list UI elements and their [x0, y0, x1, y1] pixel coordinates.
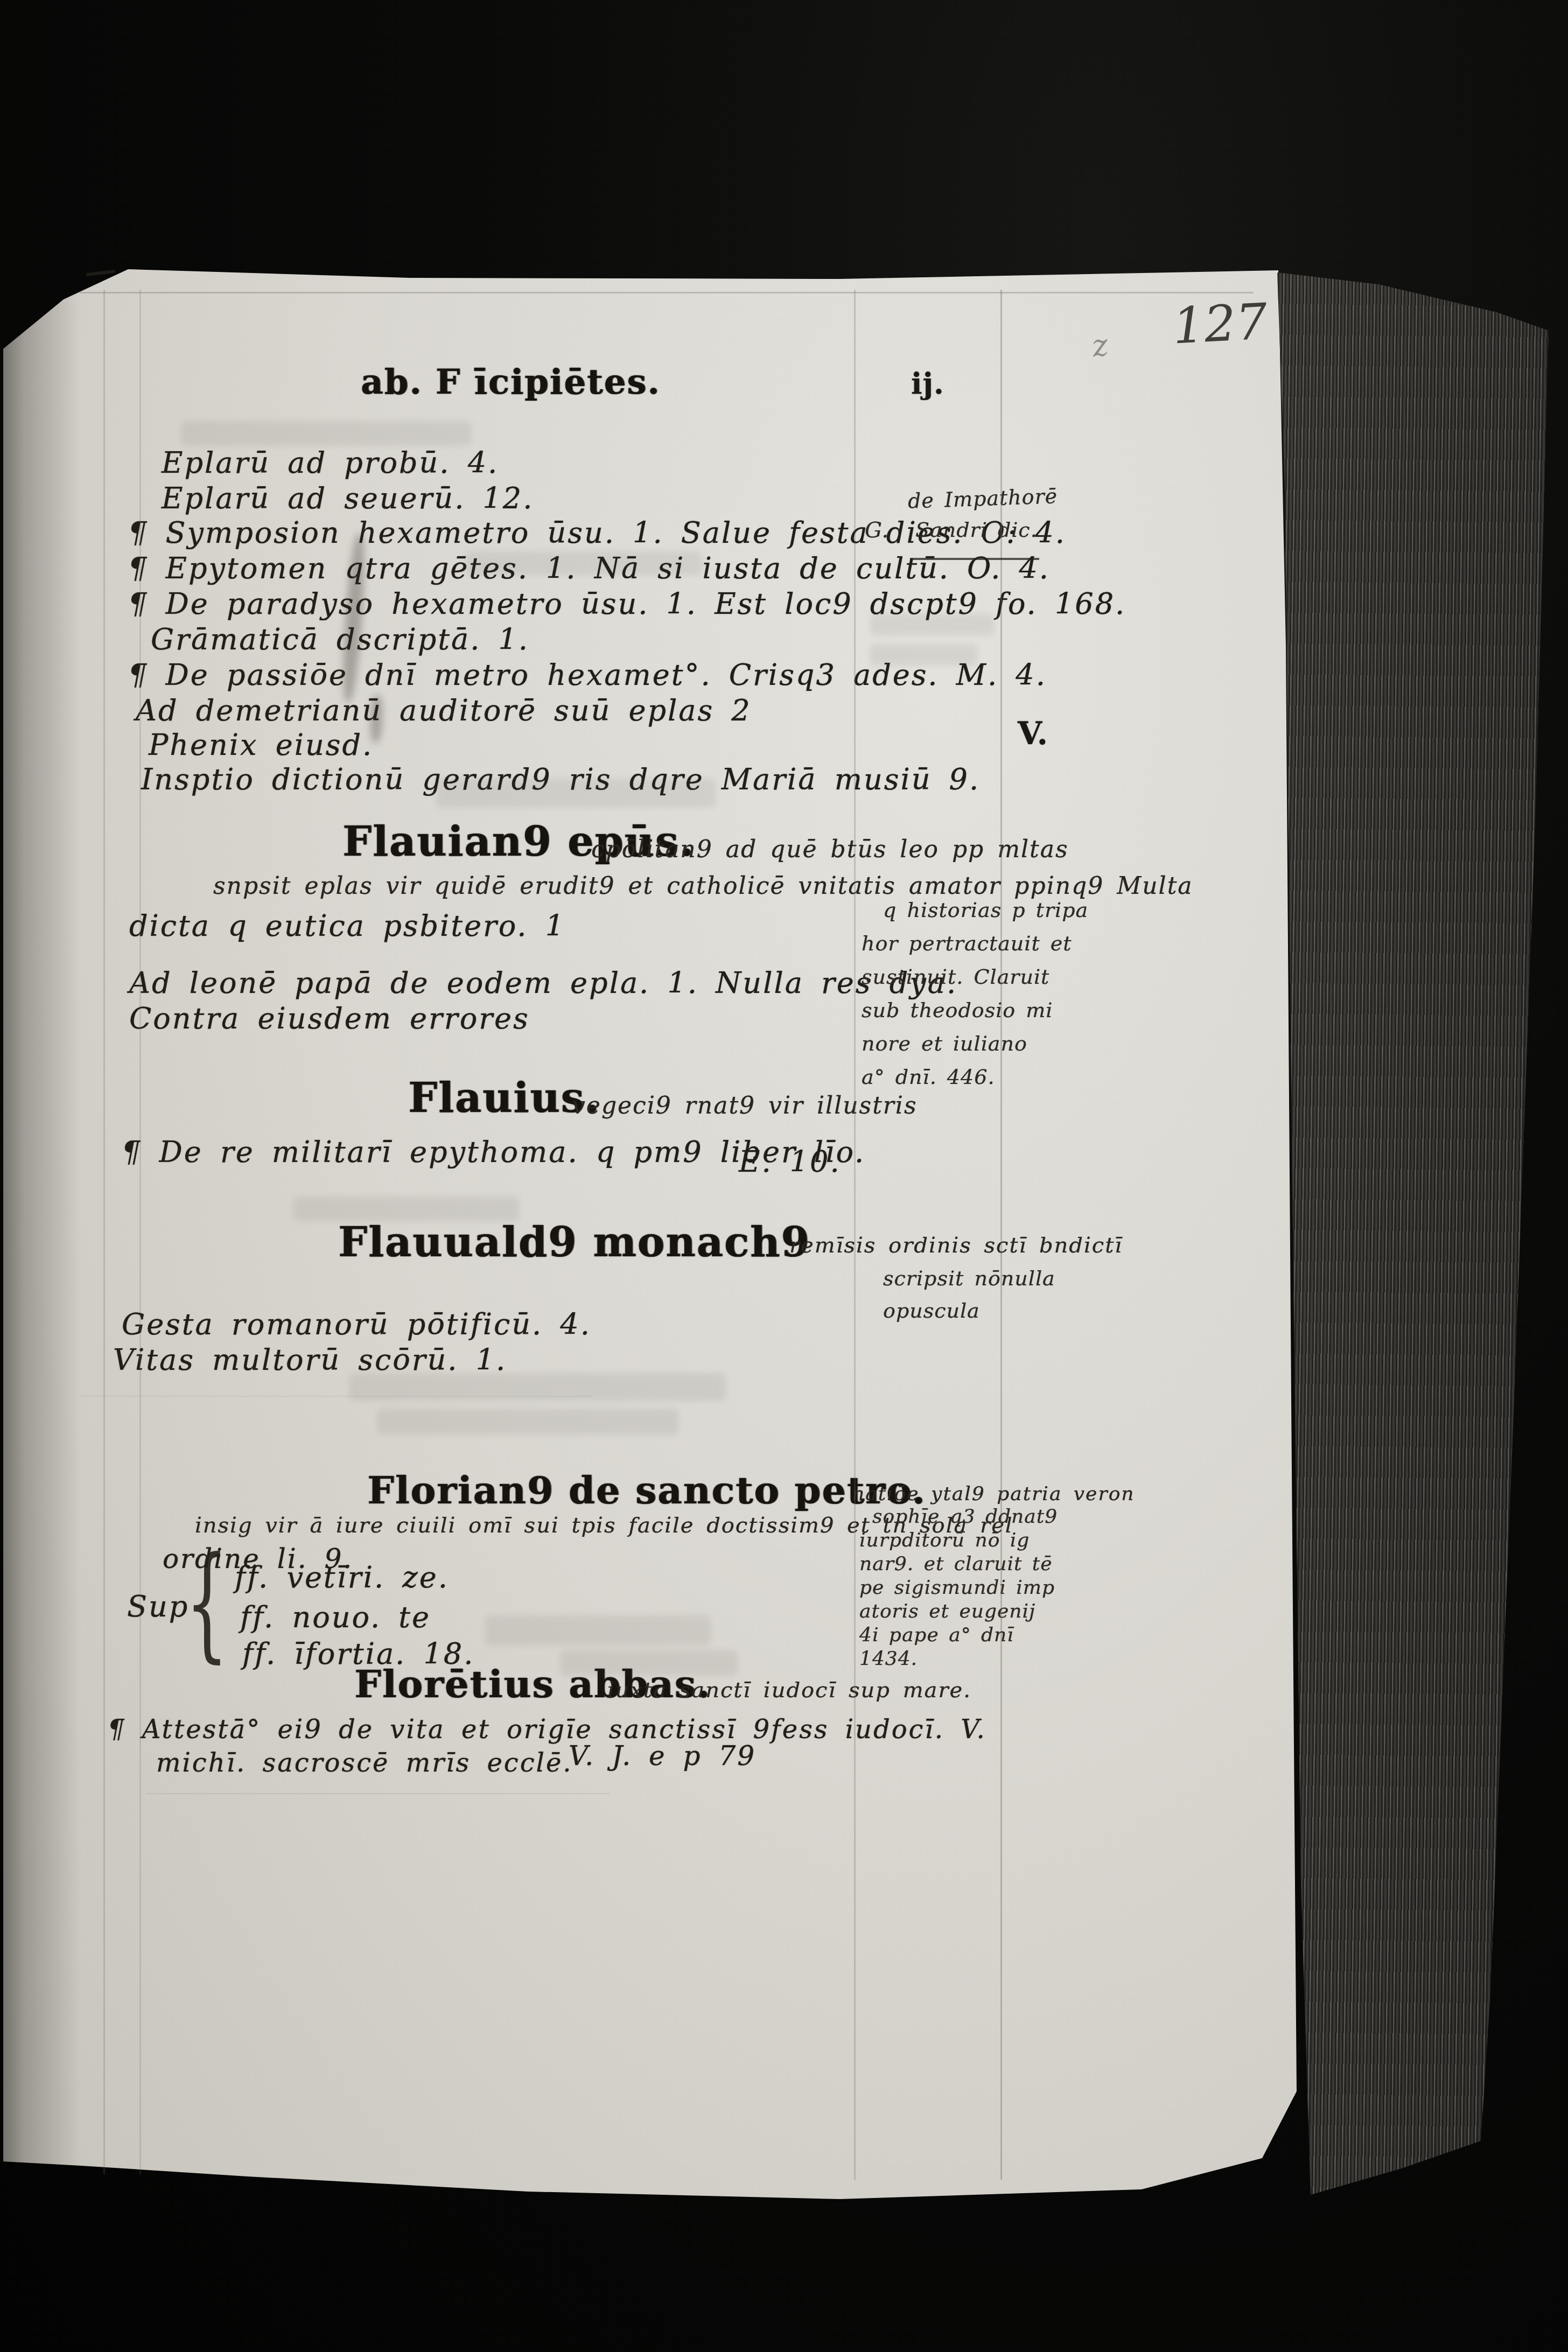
- heading-tail: vegeci9 rnat9 vir illustris: [572, 1092, 918, 1119]
- top-left-dash: [86, 270, 115, 277]
- margin-note-line: a° dnī. 446.: [862, 1065, 995, 1089]
- work-line: dicta q eutica psbitero. 1: [129, 909, 565, 943]
- margin-note-line: sub theodosio mi: [862, 998, 1053, 1022]
- bleed-through: [349, 1373, 726, 1401]
- margin-note-line: hor pertractauit et: [862, 932, 1072, 955]
- margin-note-line: iurpditorū nō ig: [859, 1529, 1030, 1551]
- author-heading: Flauuald9 monach9: [338, 1218, 810, 1266]
- work-line: Contra eiusdem errores: [129, 1002, 530, 1035]
- margin-note-line: G.: [865, 518, 889, 543]
- heading-tail: cpōlitan9 ad quē btūs leo pp mltas: [591, 836, 1069, 863]
- heading-tail: iuxta sanctī iudocī sup mare.: [607, 1678, 971, 1703]
- margin-note-line: pe sigismundi imp: [859, 1577, 1055, 1599]
- margin-rule-left-outer: [103, 290, 105, 2174]
- brace: {: [185, 1541, 228, 1665]
- manuscript-photo: 127zab. F īcipiētes.ij.V.Eplarū ad probū…: [0, 0, 1568, 2352]
- margin-note-line: q historias p tripa: [883, 898, 1088, 922]
- work-line: Eplarū ad probū. 4.: [162, 446, 499, 480]
- bleed-through: [560, 1650, 738, 1676]
- bleed-through: [465, 551, 702, 575]
- bleed-through: [377, 1409, 678, 1434]
- margin-note-line: sophīe q3 ddnat9: [872, 1506, 1058, 1528]
- work-line: Vitas multorū scōrū. 1.: [113, 1343, 507, 1377]
- work-line: Phenix eiusd.: [149, 728, 373, 762]
- bleed-through: [870, 614, 994, 635]
- quire-mark-v: V.: [1018, 715, 1048, 752]
- margin-note-underline: [910, 558, 1039, 560]
- heading-tail: natiōe ytal9 patria veron: [852, 1483, 1135, 1505]
- margin-note-line: nar9. et claruit tē: [859, 1553, 1053, 1575]
- faint-rule-lower: [146, 1793, 610, 1794]
- work-line: Eplarū ad seuerū. 12.: [162, 481, 534, 515]
- heading-tail: remīsis ordinis sctī bndictī: [789, 1233, 1123, 1258]
- work-line: ff. vetīri. ze.: [235, 1560, 449, 1594]
- super-label: Sup: [127, 1590, 189, 1623]
- ruled-line-top: [80, 292, 1254, 293]
- margin-note-line: 4i pape a° dnī: [859, 1624, 1014, 1646]
- margin-note-line: sustinuit. Claruit: [862, 965, 1049, 989]
- margin-note-line: atoris et eugenij: [859, 1600, 1035, 1622]
- bleed-through: [485, 1615, 711, 1646]
- work-line: Ad demetrianū auditorē suū eplas 2: [136, 694, 752, 727]
- margin-note-line: 1434.: [859, 1648, 918, 1670]
- work-line: Gesta romanorū pōtificū. 4.: [122, 1307, 591, 1341]
- bleed-through: [181, 421, 472, 446]
- margin-rule-left-inner: [139, 290, 141, 2174]
- bleed-through: [436, 779, 716, 808]
- margin-note-line: nore et iuliano: [862, 1032, 1027, 1055]
- folio-number: 127: [1171, 292, 1269, 355]
- work-line: ff. nouo. te: [240, 1600, 431, 1634]
- column-rule-outer: [1000, 290, 1002, 2180]
- margin-note-line: Sandri dic.: [915, 518, 1038, 542]
- column-rule-inner: [854, 290, 856, 2180]
- author-heading: Florian9 de sancto petro.: [367, 1468, 926, 1513]
- bleed-through: [293, 1196, 519, 1221]
- work-line: michī. sacroscē mrīs ecclē.: [156, 1748, 573, 1778]
- shelfmark: E. 10.: [739, 1145, 841, 1179]
- bleed-through: [870, 644, 978, 666]
- biography-line: snpsit eplas vir quidē erudit9 et cathol…: [213, 872, 1193, 900]
- letter-heading: ab. F īcipiētes.: [361, 362, 660, 402]
- work-line: Ad leonē papā de eodem epla. 1. Nulla re…: [129, 966, 957, 1000]
- work-line: Grāmaticā dscriptā. 1.: [151, 622, 529, 656]
- shelfmark: V. J. e p 79: [569, 1740, 756, 1772]
- margin-note-line: opuscula: [883, 1299, 980, 1322]
- column-numeral: ij.: [911, 366, 944, 401]
- margin-note-line: scripsit nōnulla: [883, 1266, 1055, 1290]
